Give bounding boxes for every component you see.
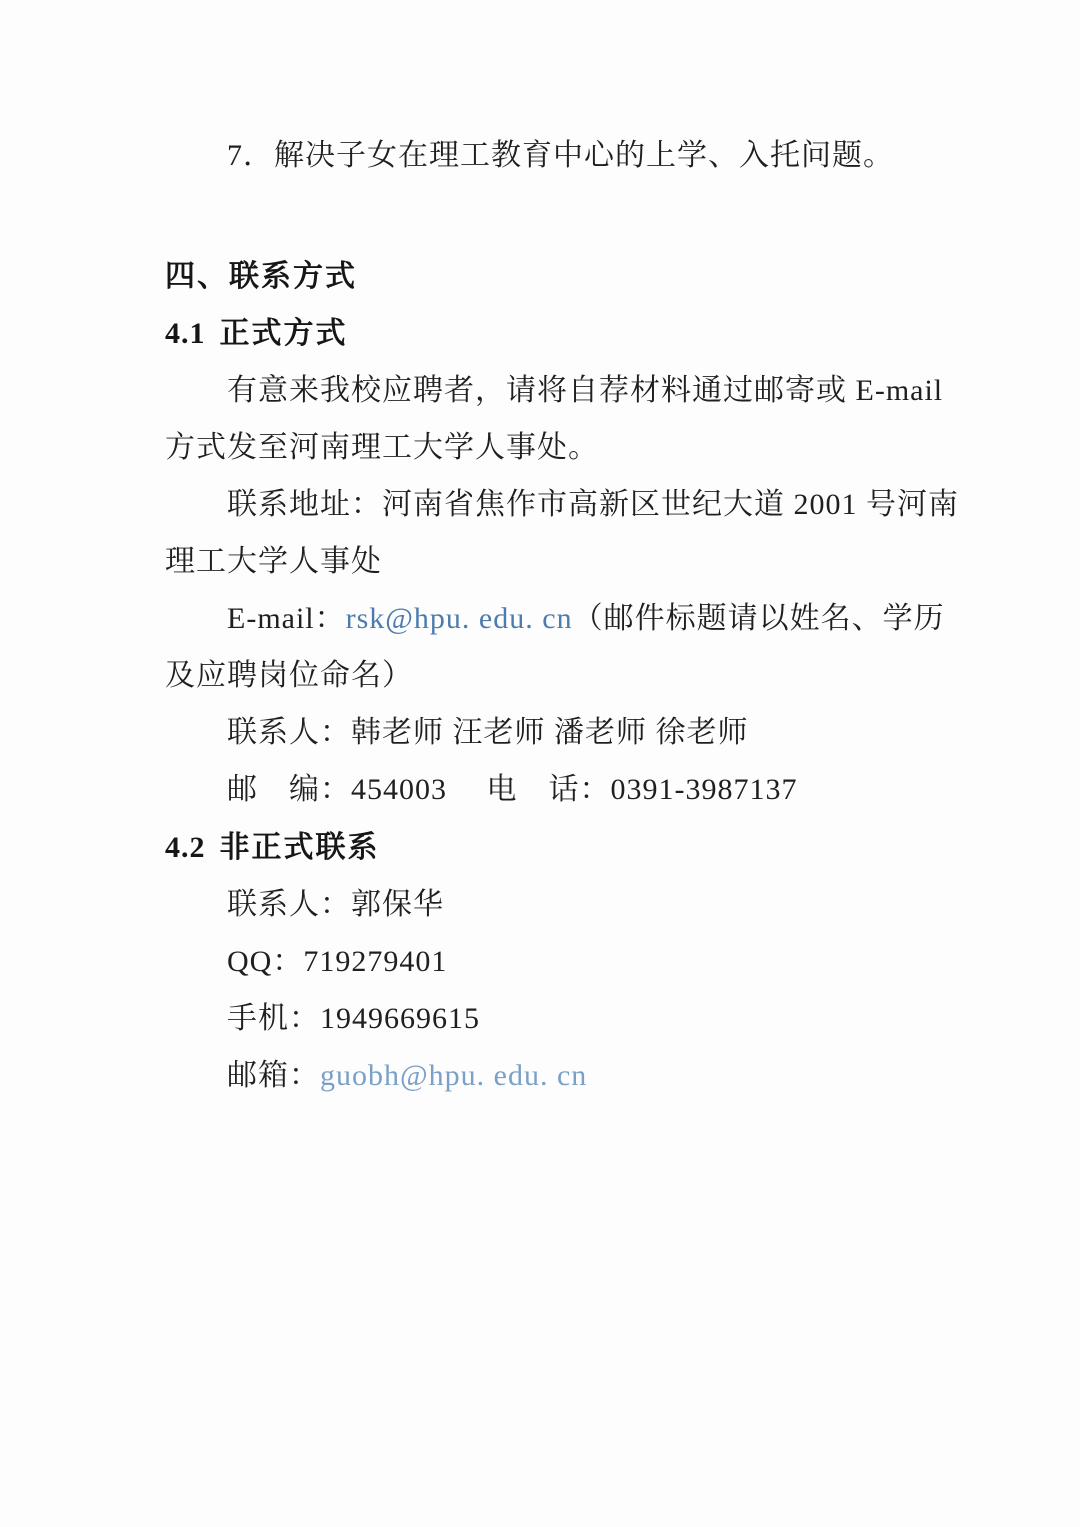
list-item-7: 7．解决子女在理工教育中心的上学、入托问题。 — [165, 127, 920, 184]
contact-address-line1: 联系地址：河南省焦作市高新区世纪大道 2001 号河南 — [165, 476, 920, 533]
apply-paragraph-line2: 方式发至河南理工大学人事处。 — [165, 419, 920, 476]
qq-line: QQ：719279401 — [165, 933, 920, 990]
subsection-4-1-number: 4.1 — [165, 317, 206, 350]
subsection-4-2-title: 非正式联系 — [220, 831, 380, 864]
subsection-4-2-number: 4.2 — [165, 831, 206, 864]
subsection-4-2-heading: 4.2非正式联系 — [165, 819, 920, 876]
postal-phone-line: 邮 编：454003 电 话：0391-3987137 — [165, 761, 920, 818]
contact-address-line2: 理工大学人事处 — [165, 533, 920, 590]
informal-contact-line: 联系人：郭保华 — [165, 876, 920, 933]
apply-paragraph-line1: 有意来我校应聘者，请将自荐材料通过邮寄或 E-mail — [165, 362, 920, 419]
guobh-email-link[interactable]: guobh@hpu. edu. cn — [320, 1059, 587, 1092]
email-note-part1: （邮件标题请以姓名、学历 — [573, 602, 945, 635]
email-label: E-mail： — [227, 602, 346, 635]
document-page: 7．解决子女在理工教育中心的上学、入托问题。 四、联系方式 4.1正式方式 有意… — [0, 0, 1080, 1527]
rsk-email-link[interactable]: rsk@hpu. edu. cn — [346, 602, 573, 635]
subsection-4-1-title: 正式方式 — [220, 317, 348, 350]
mailbox-line: 邮箱：guobh@hpu. edu. cn — [165, 1047, 920, 1104]
subsection-4-1-heading: 4.1正式方式 — [165, 305, 920, 362]
email-line: E-mail：rsk@hpu. edu. cn（邮件标题请以姓名、学历 — [165, 590, 920, 647]
contact-persons-line: 联系人：韩老师 汪老师 潘老师 徐老师 — [165, 704, 920, 761]
mailbox-label: 邮箱： — [227, 1059, 320, 1092]
mobile-line: 手机：1949669615 — [165, 990, 920, 1047]
section-4-heading: 四、联系方式 — [165, 248, 920, 305]
email-note-line2: 及应聘岗位命名） — [165, 647, 920, 704]
